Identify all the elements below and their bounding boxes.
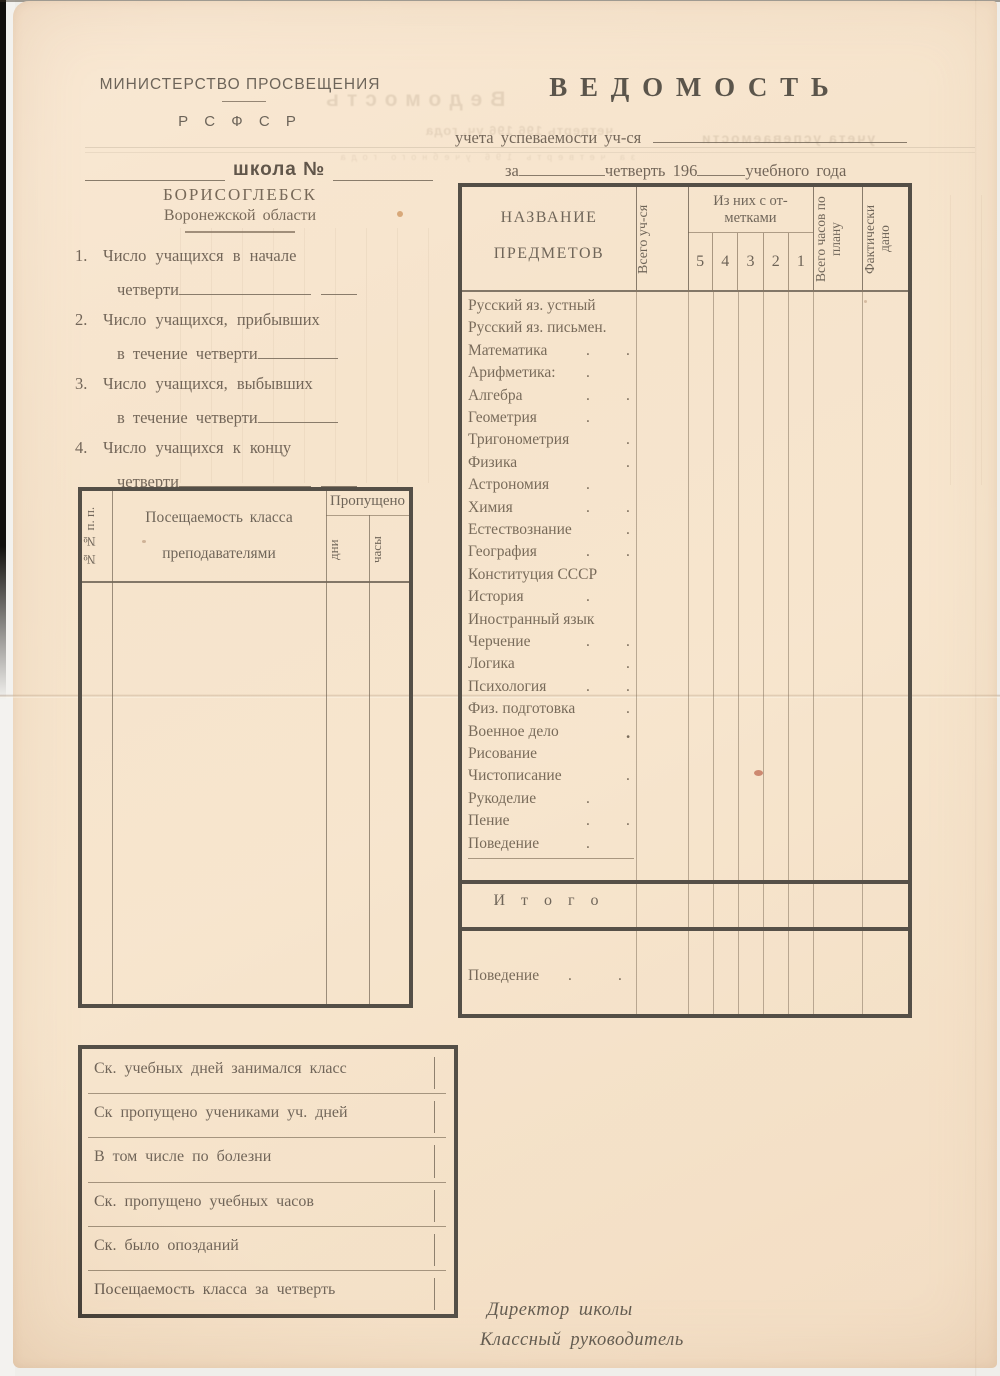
- column-line: [369, 515, 370, 1004]
- subject-row: Поведение.: [468, 835, 638, 857]
- row-divider: [88, 1093, 446, 1094]
- value-column-line: [434, 1234, 435, 1266]
- period-prefix: за: [505, 161, 519, 181]
- subject-dot: .: [586, 387, 590, 405]
- value-column-line: [434, 1190, 435, 1222]
- blank-line: [179, 271, 311, 295]
- document-title: В Е Д О М О С Т Ь: [468, 72, 913, 103]
- subject-row: История.: [468, 588, 638, 610]
- behavior-dot: .: [568, 967, 572, 985]
- subject-label: Тригонометрия: [468, 431, 569, 449]
- total-rule-bottom: [462, 927, 908, 931]
- subjects-col-header: ПРЕДМЕТОВ: [462, 245, 636, 263]
- region-name: Воронежской области: [120, 207, 360, 225]
- subject-row: Арифметика:.: [468, 364, 638, 386]
- marks-span-line2: метками: [688, 210, 813, 227]
- header-bottom-rule: [462, 290, 908, 292]
- subject-row: Черчение..: [468, 633, 638, 655]
- subject-label: Химия: [468, 499, 513, 517]
- marks-span-line1: Из них с от-: [688, 193, 813, 210]
- subject-row: Геометрия.: [468, 409, 638, 431]
- mark-column-header: 5: [688, 233, 712, 290]
- subject-label: Рукоделие: [468, 790, 536, 808]
- intro-number: 2.: [75, 305, 103, 335]
- missed-span-underline: [326, 515, 409, 516]
- subject-dot: .: [626, 723, 630, 743]
- subject-row: Рукоделие.: [468, 790, 638, 812]
- subject-row: Астрономия.: [468, 476, 638, 498]
- subject-label: Военное дело: [468, 723, 559, 741]
- subject-row: Физика.: [468, 454, 638, 476]
- total-rule-top: [462, 880, 908, 884]
- blank-line: [85, 158, 225, 181]
- subject-dot: .: [586, 678, 590, 696]
- intro-text: в течение четверти: [117, 402, 258, 434]
- subject-row: Чистописание.: [468, 767, 638, 789]
- intro-item: 2.Число учащихся, прибывшихв течение чет…: [75, 305, 467, 369]
- subject-dot: .: [586, 499, 590, 517]
- marks-span-header: Из них с от- метками: [688, 193, 813, 227]
- summary-row: Ск. было опозданий: [82, 1226, 454, 1270]
- subject-label: История: [468, 588, 524, 606]
- subject-row: Математика..: [468, 342, 638, 364]
- subject-dot: .: [586, 835, 590, 853]
- region-underline: [185, 231, 295, 233]
- missed-span-header: Пропущено: [326, 493, 409, 510]
- summary-row: Ск. учебных дней занимался класс: [82, 1049, 454, 1093]
- subject-dot: .: [626, 521, 630, 539]
- subject-dot: .: [626, 655, 630, 673]
- intro-line2: в течение четверти: [117, 399, 467, 434]
- intro-line1: 2.Число учащихся, прибывших: [75, 305, 467, 335]
- subject-dot: .: [626, 543, 630, 561]
- orange-stain: [397, 211, 403, 217]
- column-line: [813, 187, 814, 290]
- document-subtitle: учета успеваемости уч-ся: [455, 128, 641, 148]
- republic-name: Р С Ф С Р: [95, 113, 385, 130]
- vertical-crease: [975, 0, 977, 1376]
- row-number-col-header: № № п. п.: [82, 495, 112, 579]
- summary-row: В том числе по болезни: [82, 1137, 454, 1181]
- total-row-label: И т о г о: [462, 892, 636, 910]
- subject-row: Военное дело.: [468, 723, 638, 745]
- school-number-label: школа №: [229, 159, 329, 180]
- intro-text: четверти: [117, 274, 179, 306]
- subject-label: Логика: [468, 655, 515, 673]
- mark-column-header: 1: [788, 233, 813, 290]
- short-rule: [468, 858, 634, 859]
- summary-label: Посещаемость класса за четверть: [94, 1281, 335, 1299]
- subject-row: Русский яз. устный: [468, 297, 638, 319]
- subjects-col-header: НАЗВАНИЕ: [462, 209, 636, 227]
- signature-teacher: Классный руководитель: [480, 1330, 684, 1351]
- header-bottom-rule: [82, 581, 409, 583]
- intro-number: 3.: [75, 369, 103, 399]
- document-subtitle-line: учета успеваемости уч-ся: [455, 120, 907, 148]
- column-line: [688, 187, 689, 290]
- subject-dot: .: [626, 812, 630, 830]
- subject-row: Психология..: [468, 678, 638, 700]
- subject-label: Русский яз. устный: [468, 297, 596, 315]
- intro-line1: 1.Число учащихся в начале: [75, 241, 467, 271]
- subject-row: Рисование: [468, 745, 638, 767]
- intro-number: 1.: [75, 241, 103, 271]
- intro-line2: четверти: [117, 271, 467, 306]
- summary-row: Ск. пропущено учебных часов: [82, 1182, 454, 1226]
- mark-column-header: 2: [763, 233, 788, 290]
- subject-dot: .: [626, 678, 630, 696]
- subject-row: Конституция СССР: [468, 566, 638, 588]
- subject-dot: .: [586, 364, 590, 382]
- city-name: БОРИСОГЛЕБСК: [120, 185, 360, 205]
- days-subcol-header: дни: [326, 521, 368, 579]
- subject-label: Пение: [468, 812, 510, 830]
- subject-row: Логика.: [468, 655, 638, 677]
- blank-line: [653, 120, 907, 143]
- subject-dot: .: [586, 409, 590, 427]
- subject-label: Физика: [468, 454, 517, 472]
- hours-plan-col-header: Всего часов по плану: [813, 191, 862, 287]
- blank-line: [697, 152, 745, 176]
- intro-item: 3.Число учащихся, выбывшихв течение четв…: [75, 369, 467, 433]
- column-line: [112, 491, 113, 1004]
- behavior-label: Поведение: [468, 967, 539, 985]
- period-suffix: учебного года: [745, 161, 846, 181]
- summary-label: Ск пропущено учениками уч. дней: [94, 1104, 348, 1122]
- intro-list: 1.Число учащихся в началечетверти2.Число…: [75, 241, 467, 497]
- subject-label: Конституция СССР: [468, 566, 597, 584]
- summary-rows: Ск. учебных дней занимался классСк пропу…: [82, 1049, 454, 1314]
- period-middle: четверть 196: [605, 161, 698, 181]
- subject-rows: Русский яз. устныйРусский яз. письмен.Ма…: [462, 297, 908, 857]
- subject-dot: .: [626, 767, 630, 785]
- subject-label: Арифметика:: [468, 364, 556, 382]
- subject-row: Естествознание.: [468, 521, 638, 543]
- summary-label: Ск. учебных дней занимался класс: [94, 1060, 347, 1078]
- subject-dot: .: [626, 342, 630, 360]
- subject-label: Чистописание: [468, 767, 562, 785]
- column-line: [636, 187, 637, 290]
- summary-row: Ск пропущено учениками уч. дней: [82, 1093, 454, 1137]
- subject-row: Физ. подготовка.: [468, 700, 638, 722]
- intro-text: Число учащихся в начале: [103, 241, 296, 271]
- subject-dot: .: [626, 431, 630, 449]
- intro-text: Число учащихся к концу: [103, 433, 291, 463]
- subject-label: Поведение: [468, 835, 539, 853]
- subject-dot: .: [586, 588, 590, 606]
- subject-row: Химия..: [468, 499, 638, 521]
- subject-dot: .: [586, 476, 590, 494]
- summary-label: В том числе по болезни: [94, 1148, 271, 1166]
- subject-dot: .: [586, 342, 590, 360]
- ministry-name: МИНИСТЕРСТВО ПРОСВЕЩЕНИЯ: [95, 76, 385, 94]
- blank-line: [258, 399, 338, 423]
- subject-label: Иностранный язык: [468, 611, 594, 629]
- subject-dot: .: [626, 454, 630, 472]
- subject-label: Физ. подготовка: [468, 700, 575, 718]
- mark-column-header: 4: [712, 233, 737, 290]
- intro-line1: 4.Число учащихся к концу: [75, 433, 467, 463]
- blank-line: [258, 335, 338, 359]
- row-divider: [88, 1226, 446, 1227]
- hours-given-col-header: Фактически дано: [862, 191, 908, 287]
- attendance-title-line1: Посещаемость класса: [112, 509, 326, 527]
- intro-item: 1.Число учащихся в началечетверти: [75, 241, 467, 305]
- summary-label: Ск. было опозданий: [94, 1237, 239, 1255]
- scanner-shadow: [0, 0, 6, 700]
- subject-row: Пение..: [468, 812, 638, 834]
- subject-dot: .: [626, 633, 630, 651]
- subject-row: Русский яз. письмен.: [468, 319, 638, 341]
- subject-label: Астрономия: [468, 476, 549, 494]
- subject-label: Естествознание: [468, 521, 572, 539]
- blank-line: [321, 463, 357, 487]
- subject-row: География..: [468, 543, 638, 565]
- intro-text: в течение четверти: [117, 338, 258, 370]
- subject-label: Рисование: [468, 745, 537, 763]
- subject-label: Черчение: [468, 633, 530, 651]
- blank-line: [179, 463, 311, 487]
- value-column-line: [434, 1278, 435, 1310]
- subject-label: Русский яз. письмен.: [468, 319, 607, 337]
- row-divider: [88, 1270, 446, 1271]
- subject-dot: .: [586, 633, 590, 651]
- summary-row: Посещаемость класса за четверть: [82, 1270, 454, 1314]
- school-number-line: школа №: [85, 158, 445, 182]
- subject-label: География: [468, 543, 537, 561]
- blank-line: [333, 158, 433, 181]
- value-column-line: [434, 1101, 435, 1133]
- subject-dot: .: [626, 700, 630, 718]
- summary-label: Ск. пропущено учебных часов: [94, 1193, 314, 1211]
- marks-header-row: 54321: [688, 233, 813, 290]
- subject-dot: .: [586, 790, 590, 808]
- subject-dot: .: [626, 387, 630, 405]
- subject-label: Алгебра: [468, 387, 522, 405]
- attendance-table: № № п. п. Посещаемость класса преподават…: [78, 487, 413, 1008]
- attendance-title-line2: преподавателями: [112, 545, 326, 563]
- signature-director: Директор школы: [487, 1300, 633, 1321]
- row-divider: [88, 1137, 446, 1138]
- period-line: за четверть 196 учебного года: [505, 152, 907, 181]
- subject-dot: .: [626, 499, 630, 517]
- subject-row: Алгебра..: [468, 387, 638, 409]
- column-line: [862, 187, 863, 290]
- subject-dot: .: [586, 812, 590, 830]
- column-line: [326, 491, 327, 1004]
- blank-line: [321, 271, 357, 295]
- subject-row: Иностранный язык: [468, 611, 638, 633]
- intro-text: Число учащихся, прибывших: [103, 305, 320, 335]
- row-divider: [88, 1182, 446, 1183]
- subject-label: Психология: [468, 678, 546, 696]
- subjects-table: НАЗВАНИЕ ПРЕДМЕТОВ Всего уч-ся Из них с …: [458, 183, 912, 1018]
- blank-line: [519, 152, 605, 176]
- intro-text: Число учащихся, выбывших: [103, 369, 313, 399]
- value-column-line: [434, 1057, 435, 1089]
- subject-dot: .: [586, 543, 590, 561]
- summary-table: Ск. учебных дней занимался классСк пропу…: [78, 1045, 458, 1318]
- subject-label: Геометрия: [468, 409, 537, 427]
- ministry-underline: [222, 101, 266, 102]
- behavior-dot: .: [618, 967, 622, 985]
- hours-subcol-header: часы: [369, 521, 409, 579]
- intro-line1: 3.Число учащихся, выбывших: [75, 369, 467, 399]
- value-column-line: [434, 1145, 435, 1177]
- intro-number: 4.: [75, 433, 103, 463]
- total-students-col-header: Всего уч-ся: [636, 191, 688, 287]
- intro-line2: в течение четверти: [117, 335, 467, 370]
- bleedthrough-columns: [920, 195, 990, 485]
- subject-label: Математика: [468, 342, 547, 360]
- mark-column-header: 3: [737, 233, 762, 290]
- subject-row: Тригонометрия.: [468, 431, 638, 453]
